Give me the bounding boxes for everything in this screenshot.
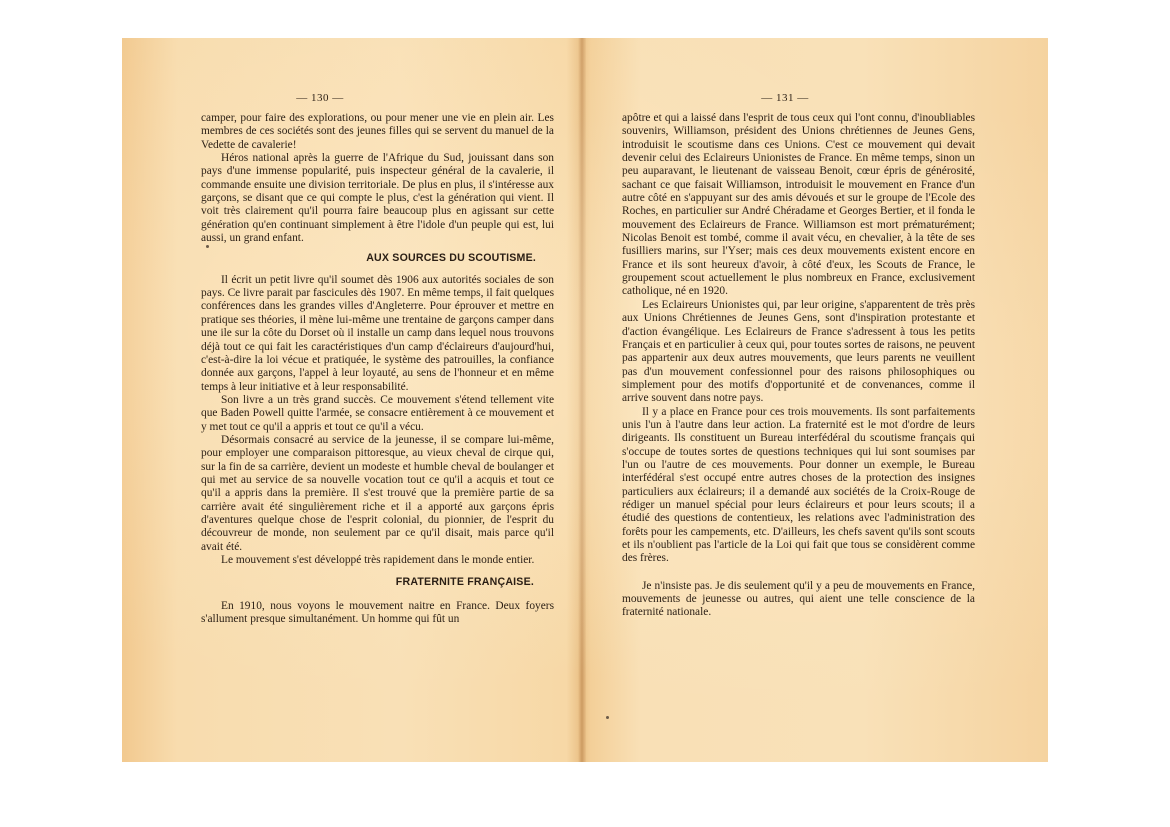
paragraph: Désormais consacré au service de la jeun… bbox=[201, 434, 554, 554]
section-heading: FRATERNITE FRANÇAISE. bbox=[201, 576, 534, 589]
paragraph: Son livre a un très grand succès. Ce mou… bbox=[201, 394, 554, 434]
speck bbox=[606, 716, 609, 719]
page-body: camper, pour faire des explorations, ou … bbox=[201, 112, 554, 626]
paragraph: apôtre et qui a laissé dans l'esprit de … bbox=[622, 112, 975, 299]
paragraph: Il y a place en France pour ces trois mo… bbox=[622, 406, 975, 566]
page-body: apôtre et qui a laissé dans l'esprit de … bbox=[622, 112, 975, 620]
paragraph: Héros national après la guerre de l'Afri… bbox=[201, 152, 554, 245]
page-number: — 131 — bbox=[630, 92, 940, 104]
section-heading: AUX SOURCES DU SCOUTISME. bbox=[201, 252, 536, 265]
paragraph: camper, pour faire des explorations, ou … bbox=[201, 112, 554, 152]
spacer bbox=[622, 566, 975, 580]
paragraph: En 1910, nous voyons le mouvement naitre… bbox=[201, 600, 554, 627]
page-number: — 130 — bbox=[170, 92, 470, 104]
book-spread: — 130 — camper, pour faire des explorati… bbox=[122, 38, 1048, 762]
paragraph: Les Eclaireurs Unionistes qui, par leur … bbox=[622, 299, 975, 406]
paragraph: Je n'insiste pas. Je dis seulement qu'il… bbox=[622, 580, 975, 620]
speck bbox=[206, 245, 209, 248]
paragraph: Le mouvement s'est développé très rapide… bbox=[201, 554, 554, 567]
left-page: — 130 — camper, pour faire des explorati… bbox=[122, 38, 584, 762]
paragraph: Il écrit un petit livre qu'il soumet dès… bbox=[201, 274, 554, 394]
right-page: — 131 — apôtre et qui a laissé dans l'es… bbox=[586, 38, 1048, 762]
